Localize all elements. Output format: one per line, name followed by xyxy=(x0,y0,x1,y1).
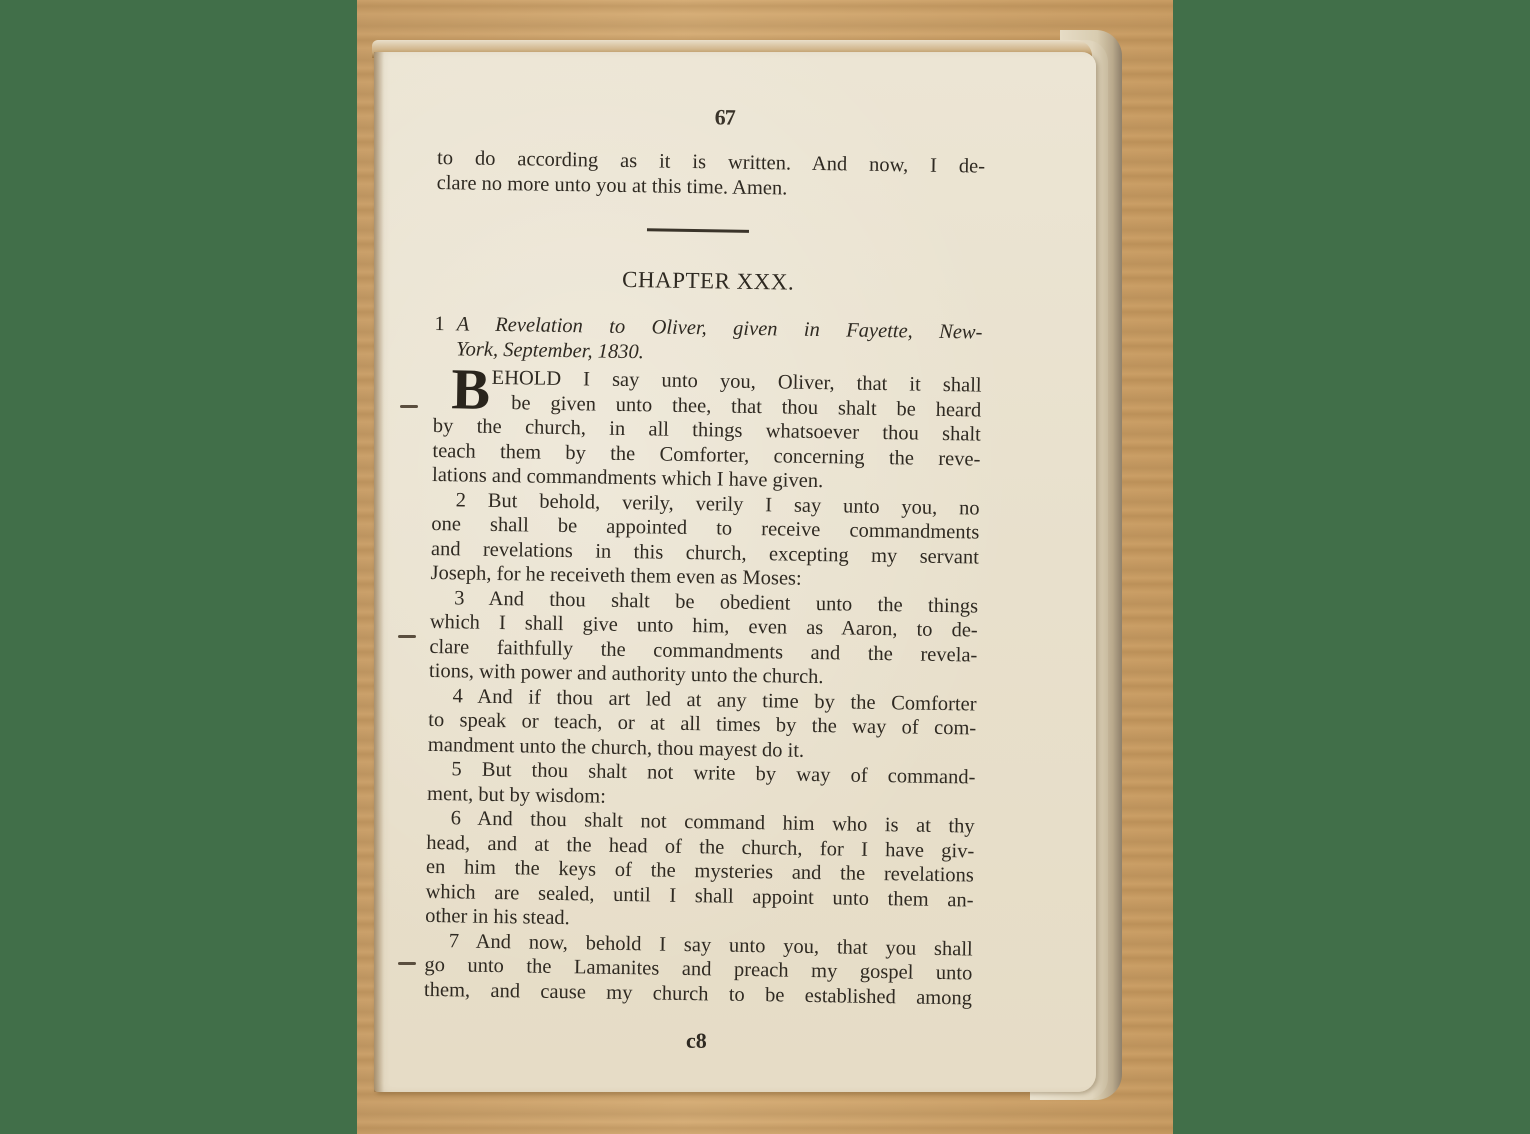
verse-4: 4 And if thou art led at any time by the… xyxy=(428,683,977,765)
chapter-title: CHAPTER XXX. xyxy=(433,264,983,299)
section-divider xyxy=(647,228,749,233)
margin-mark xyxy=(400,405,418,408)
heading-number: 1 xyxy=(434,313,445,335)
letterbox-right xyxy=(1173,0,1530,1134)
verse-3: 3 And thou shalt be obedient unto the th… xyxy=(429,585,978,692)
signature-mark: c8 xyxy=(686,1028,707,1054)
carryover-paragraph: to do according as it is written. And no… xyxy=(437,146,986,204)
page-text: 67 to do according as it is written. And… xyxy=(424,100,986,1010)
verse-2: 2 But behold, verily, verily I say unto … xyxy=(430,487,979,594)
page-gutter-shadow xyxy=(374,52,384,1092)
verse-7: 7 And now, behold I say unto you, that y… xyxy=(424,928,973,1010)
verse-5: 5 But thou shalt not write by way of com… xyxy=(427,757,976,815)
verse-6: 6 And thou shalt not command him who is … xyxy=(425,806,975,937)
margin-mark xyxy=(398,635,416,638)
verse-1: B EHOLD I say unto you, Oliver, that it … xyxy=(432,365,982,496)
margin-mark xyxy=(398,962,416,965)
letterbox-left xyxy=(0,0,357,1134)
drop-cap: B xyxy=(451,363,490,416)
revelation-heading: 1A Revelation to Oliver, given in Fayett… xyxy=(434,312,983,370)
